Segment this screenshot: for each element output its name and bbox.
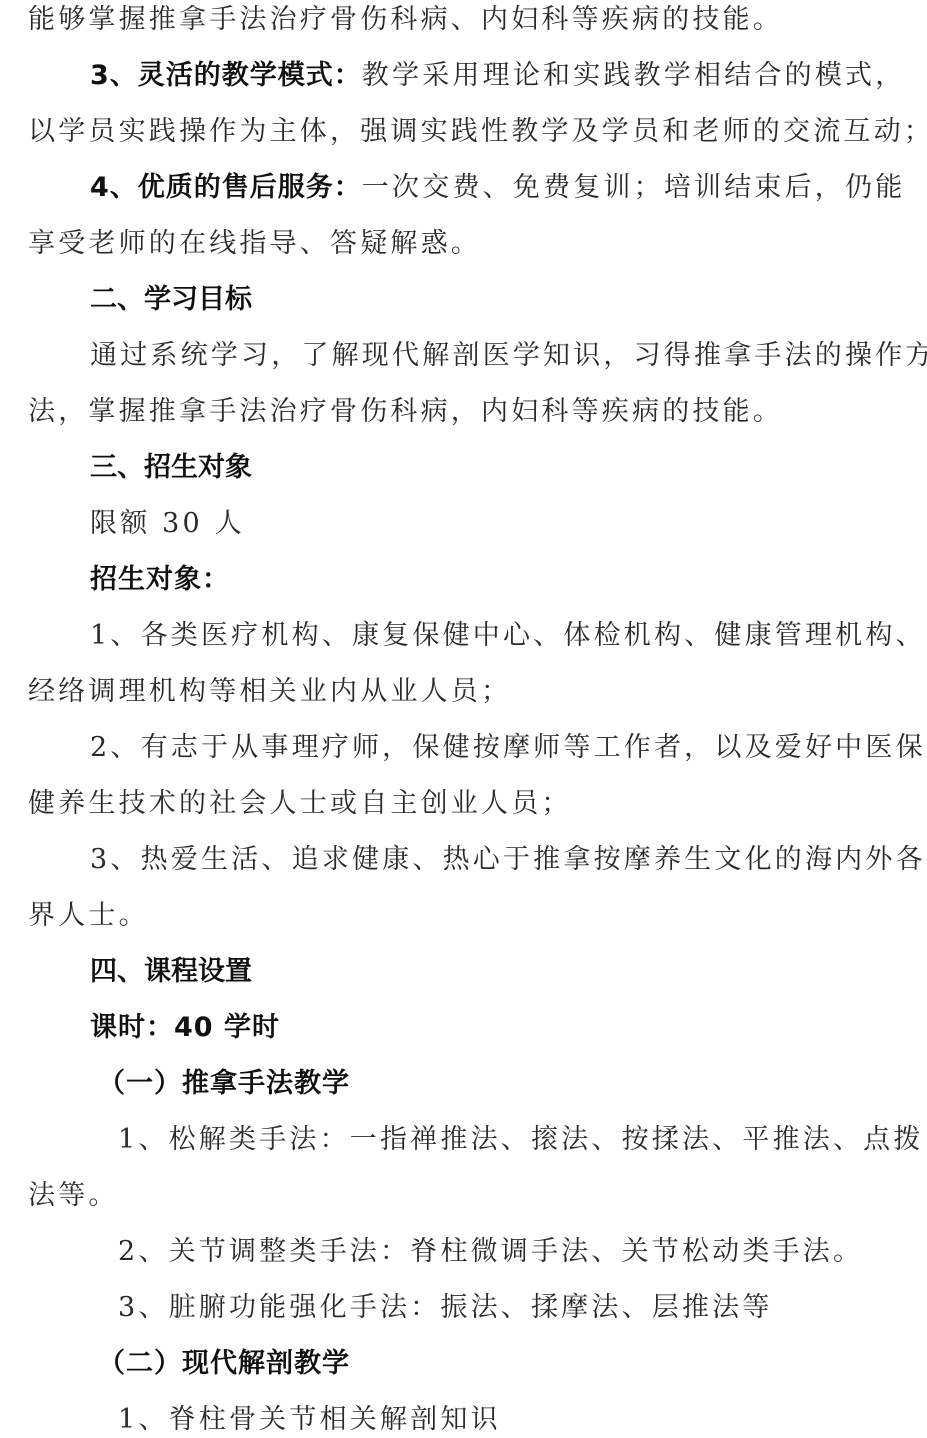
- item-text: 教学采用理论和实践教学相结合的模式，: [362, 60, 906, 91]
- subsection-heading: （二）现代解剖教学: [0, 1346, 927, 1382]
- section-heading: 四、课程设置: [0, 954, 927, 990]
- paragraph-line: 限额 30 人: [0, 506, 927, 542]
- paragraph-line: 3、灵活的教学模式：教学采用理论和实践教学相结合的模式，: [0, 58, 927, 94]
- paragraph-line: 4、优质的售后服务：一次交费、免费复训；培训结束后，仍能: [0, 170, 927, 206]
- paragraph-line: 享受老师的在线指导、答疑解惑。: [0, 226, 927, 262]
- paragraph-line: 1、各类医疗机构、康复保健中心、体检机构、健康管理机构、: [0, 618, 927, 654]
- subheading: 课时：40 学时: [0, 1010, 927, 1046]
- paragraph-line: 3、脏腑功能强化手法：振法、揉摩法、层推法等: [0, 1290, 927, 1326]
- item-text: 一次交费、免费复训；培训结束后，仍能: [362, 172, 906, 203]
- paragraph-line: 2、有志于从事理疗师，保健按摩师等工作者，以及爱好中医保: [0, 730, 927, 766]
- paragraph-line: 2、关节调整类手法：脊柱微调手法、关节松动类手法。: [0, 1234, 927, 1270]
- subheading: 招生对象：: [0, 562, 927, 598]
- paragraph-line: 通过系统学习，了解现代解剖医学知识，习得推拿手法的操作方: [0, 338, 927, 374]
- paragraph-line: 3、热爱生活、追求健康、热心于推拿按摩养生文化的海内外各: [0, 842, 927, 878]
- paragraph-line: 法，掌握推拿手法治疗骨伤科病，内妇科等疾病的技能。: [0, 394, 927, 430]
- paragraph-line: 界人士。: [0, 898, 927, 934]
- paragraph-line: 能够掌握推拿手法治疗骨伤科病、内妇科等疾病的技能。: [0, 2, 927, 38]
- section-heading: 二、学习目标: [0, 282, 927, 318]
- section-heading: 三、招生对象: [0, 450, 927, 486]
- paragraph-line: 以学员实践操作为主体，强调实践性教学及学员和老师的交流互动；: [0, 114, 927, 150]
- paragraph-line: 1、松解类手法：一指禅推法、㨰法、按揉法、平推法、点拨: [0, 1122, 927, 1158]
- paragraph-line: 法等。: [0, 1178, 927, 1214]
- paragraph-line: 健养生技术的社会人士或自主创业人员；: [0, 786, 927, 822]
- paragraph-line: 1、脊柱骨关节相关解剖知识: [0, 1402, 927, 1438]
- item-label: 4、优质的售后服务：: [90, 172, 362, 203]
- subsection-heading: （一）推拿手法教学: [0, 1066, 927, 1102]
- item-label: 3、灵活的教学模式：: [90, 60, 362, 91]
- paragraph-line: 经络调理机构等相关业内从业人员；: [0, 674, 927, 710]
